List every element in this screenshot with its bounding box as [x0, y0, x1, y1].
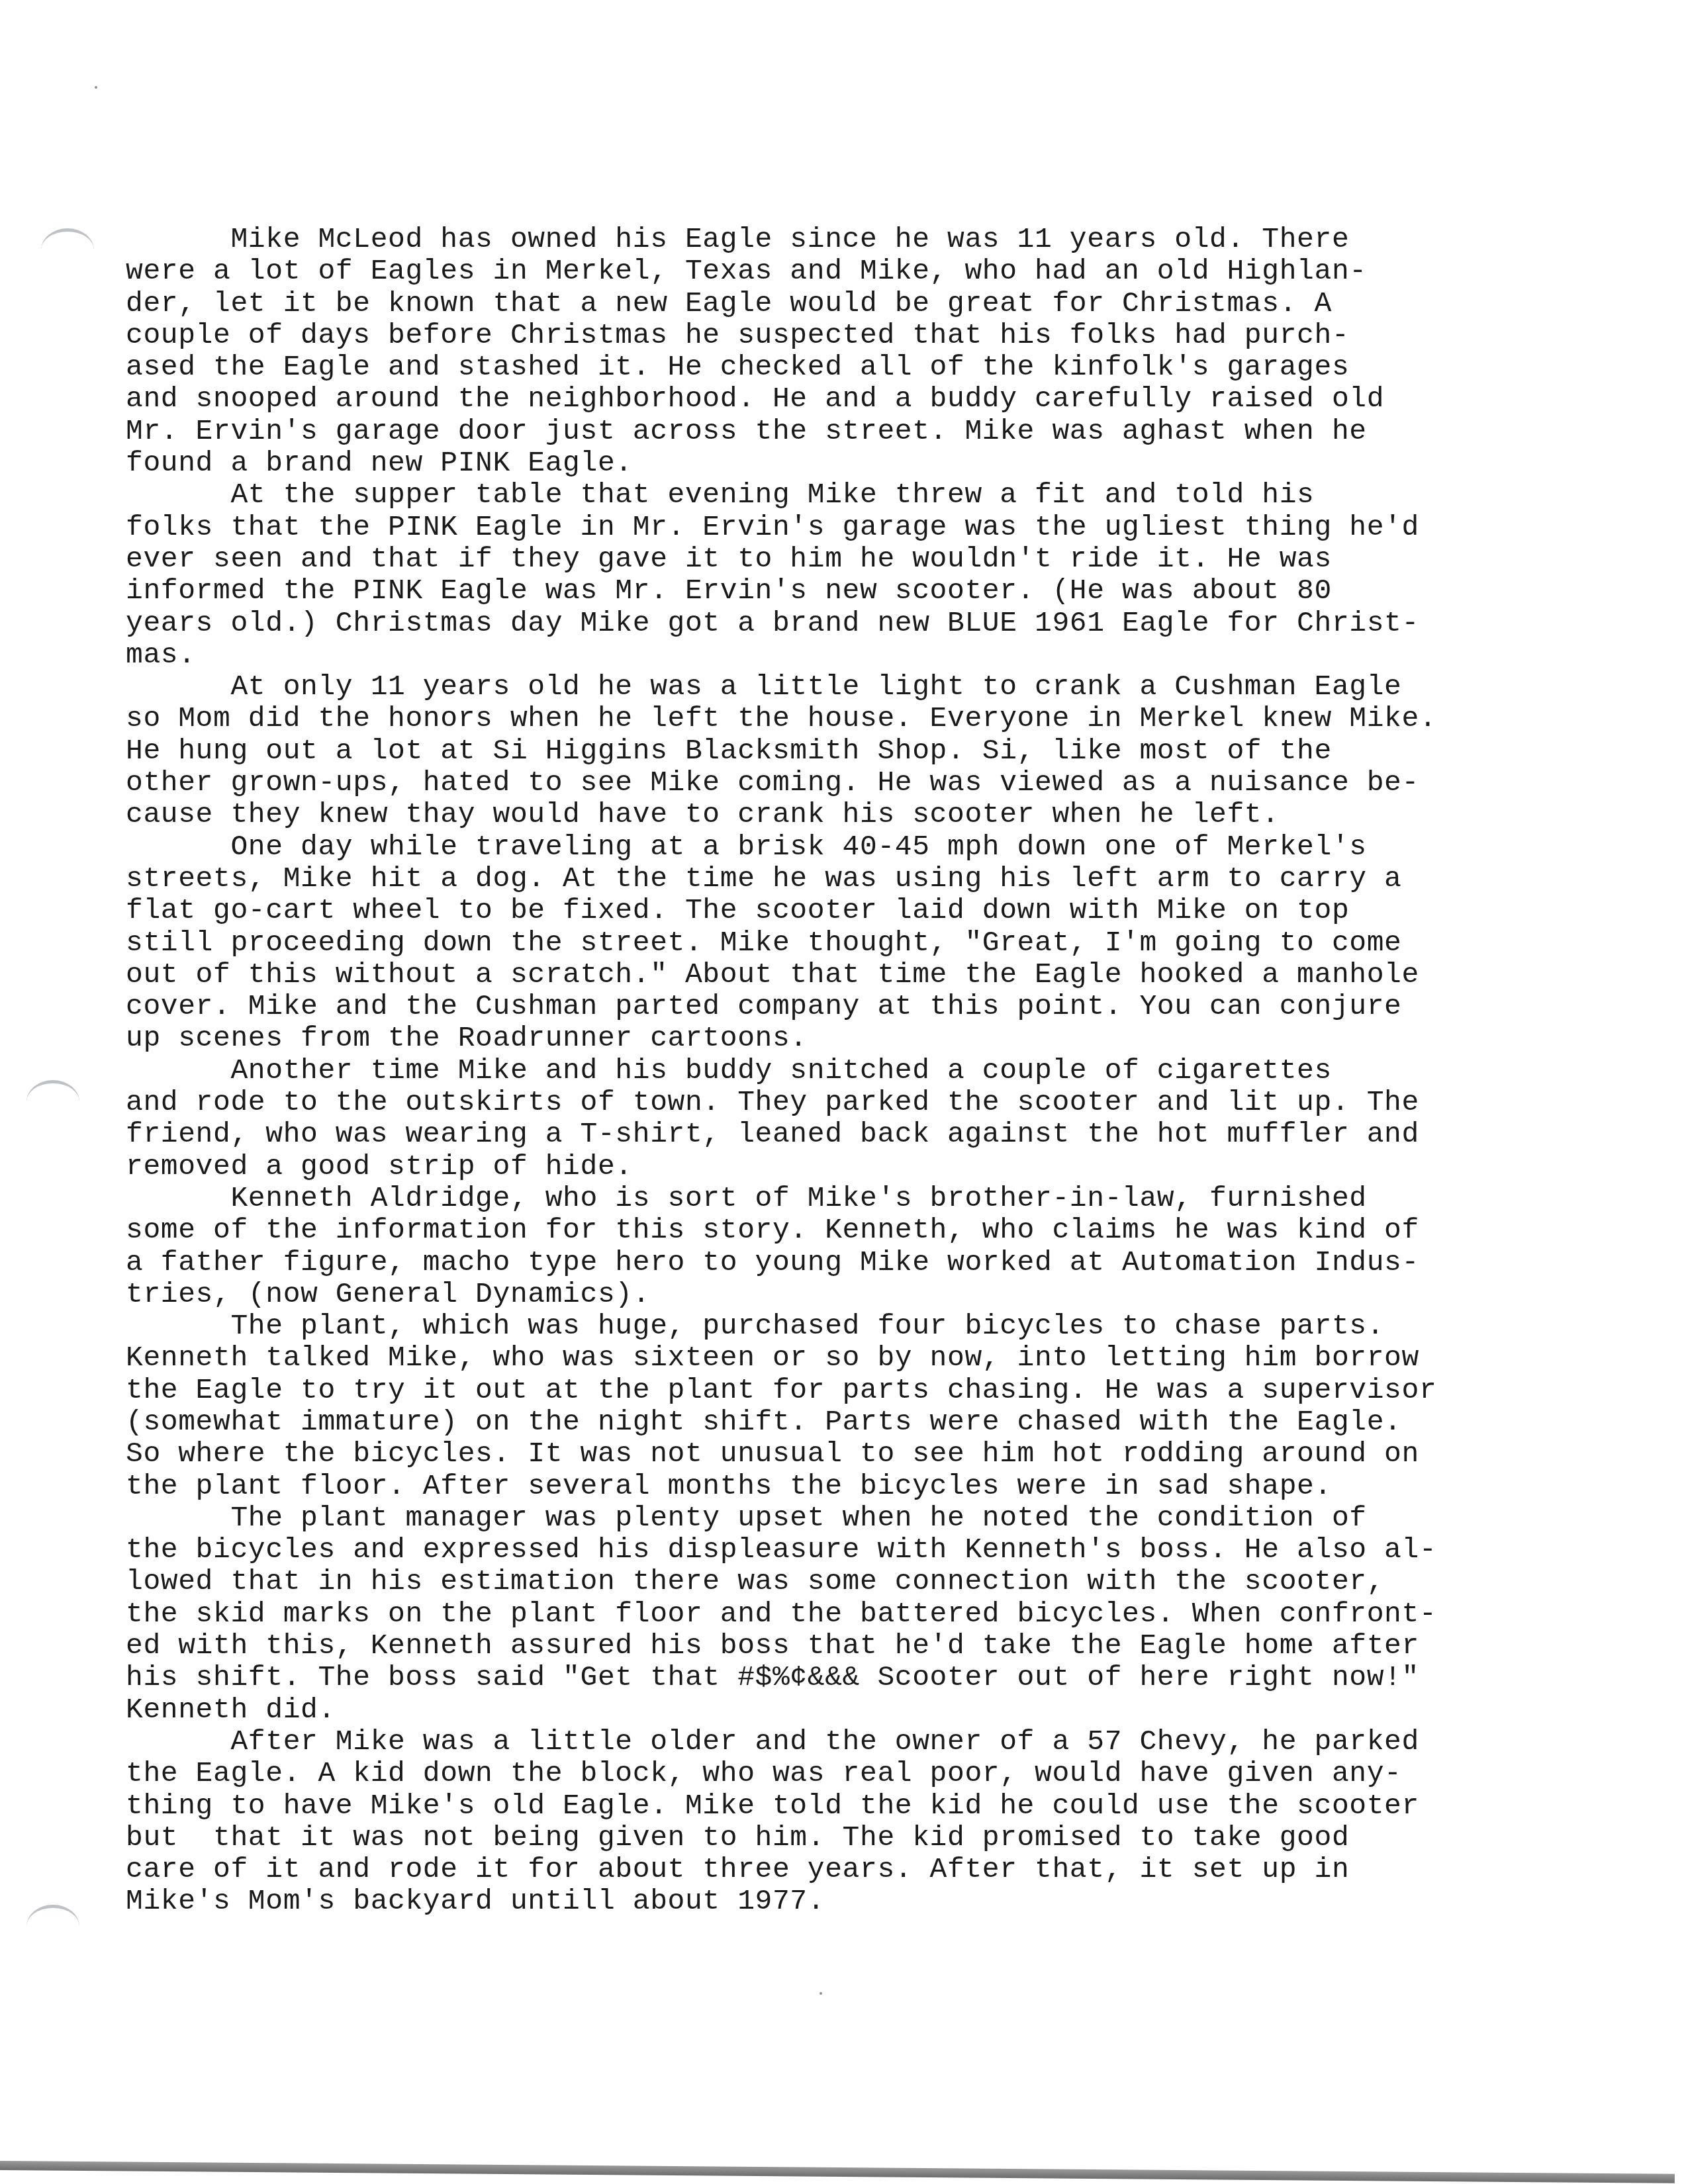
text-line: removed a good strip of hide. [126, 1151, 1622, 1183]
hole-punch-mark [26, 1905, 79, 1948]
text-line: but that it was not being given to him. … [126, 1822, 1622, 1854]
text-line: his shift. The boss said "Get that #$%¢&… [126, 1662, 1622, 1694]
text-line: other grown-ups, hated to see Mike comin… [126, 767, 1622, 799]
text-line: The plant, which was huge, purchased fou… [126, 1310, 1622, 1342]
text-line: One day while traveling at a brisk 40-45… [126, 831, 1622, 863]
text-line: folks that the PINK Eagle in Mr. Ervin's… [126, 512, 1622, 543]
text-line: streets, Mike hit a dog. At the time he … [126, 863, 1622, 895]
text-line: der, let it be known that a new Eagle wo… [126, 288, 1622, 320]
text-line: Mike's Mom's backyard untill about 1977. [126, 1886, 1622, 1917]
scanned-page: Mike McLeod has owned his Eagle since he… [0, 0, 1688, 2184]
text-line: Kenneth talked Mike, who was sixteen or … [126, 1342, 1622, 1374]
text-line: and rode to the outskirts of town. They … [126, 1087, 1622, 1118]
text-line: Kenneth did. [126, 1694, 1622, 1726]
text-line: Kenneth Aldridge, who is sort of Mike's … [126, 1183, 1622, 1214]
text-line: years old.) Christmas day Mike got a bra… [126, 608, 1622, 639]
text-line: ed with this, Kenneth assured his boss t… [126, 1630, 1622, 1662]
text-line: couple of days before Christmas he suspe… [126, 320, 1622, 351]
text-line: the plant floor. After several months th… [126, 1471, 1622, 1502]
text-line: At only 11 years old he was a little lig… [126, 671, 1622, 703]
text-line: cover. Mike and the Cushman parted compa… [126, 991, 1622, 1023]
text-line: The plant manager was plenty upset when … [126, 1502, 1622, 1534]
text-line: lowed that in his estimation there was s… [126, 1566, 1622, 1598]
text-line: up scenes from the Roadrunner cartoons. [126, 1023, 1622, 1054]
text-line: the skid marks on the plant floor and th… [126, 1598, 1622, 1630]
text-line: some of the information for this story. … [126, 1214, 1622, 1246]
text-line: care of it and rode it for about three y… [126, 1854, 1622, 1886]
hole-punch-mark [26, 1080, 79, 1123]
text-line: out of this without a scratch." About th… [126, 959, 1622, 991]
text-line: He hung out a lot at Si Higgins Blacksmi… [126, 735, 1622, 767]
text-line: ever seen and that if they gave it to hi… [126, 543, 1622, 575]
text-line: and snooped around the neighborhood. He … [126, 383, 1622, 415]
text-line: the Eagle. A kid down the block, who was… [126, 1758, 1622, 1790]
text-line: mas. [126, 639, 1622, 671]
text-line: the Eagle to try it out at the plant for… [126, 1375, 1622, 1406]
text-line: tries, (now General Dynamics). [126, 1279, 1622, 1310]
typewritten-story-text: Mike McLeod has owned his Eagle since he… [126, 224, 1622, 1918]
scan-speck [95, 86, 97, 89]
text-line: So where the bicycles. It was not unusua… [126, 1438, 1622, 1470]
hole-punch-mark [41, 228, 94, 271]
text-line: thing to have Mike's old Eagle. Mike tol… [126, 1790, 1622, 1822]
text-line: so Mom did the honors when he left the h… [126, 703, 1622, 735]
text-line: friend, who was wearing a T-shirt, leane… [126, 1118, 1622, 1150]
page-bottom-edge [0, 2161, 1675, 2183]
text-line: Another time Mike and his buddy snitched… [126, 1055, 1622, 1087]
text-line: still proceeding down the street. Mike t… [126, 927, 1622, 959]
text-line: flat go-cart wheel to be fixed. The scoo… [126, 895, 1622, 927]
text-line: After Mike was a little older and the ow… [126, 1726, 1622, 1758]
text-line: were a lot of Eagles in Merkel, Texas an… [126, 255, 1622, 287]
scan-speck [820, 1992, 822, 1995]
text-line: the bicycles and expressed his displeasu… [126, 1534, 1622, 1566]
text-line: a father figure, macho type hero to youn… [126, 1247, 1622, 1279]
text-line: Mr. Ervin's garage door just across the … [126, 416, 1622, 447]
text-line: At the supper table that evening Mike th… [126, 479, 1622, 511]
text-line: Mike McLeod has owned his Eagle since he… [126, 224, 1622, 255]
text-line: ased the Eagle and stashed it. He checke… [126, 351, 1622, 383]
text-line: (somewhat immature) on the night shift. … [126, 1406, 1622, 1438]
text-line: cause they knew thay would have to crank… [126, 799, 1622, 831]
text-line: informed the PINK Eagle was Mr. Ervin's … [126, 575, 1622, 607]
text-line: found a brand new PINK Eagle. [126, 447, 1622, 479]
